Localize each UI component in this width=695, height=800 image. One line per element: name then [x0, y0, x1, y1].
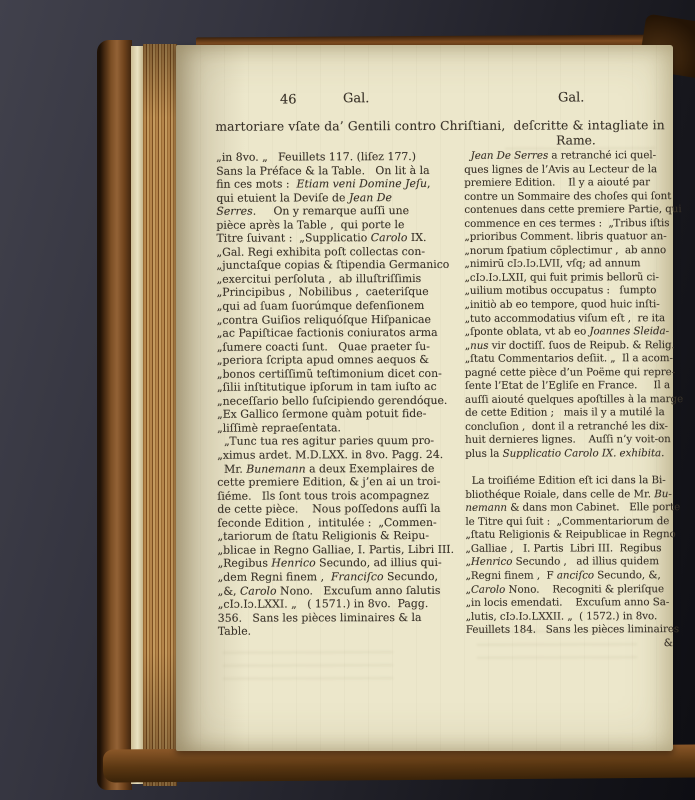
text-line: ques lignes de l’Avis au Lecteur de la: [464, 163, 678, 177]
running-head-right: Gal.: [558, 90, 584, 105]
text-line: pagné cette pièce d’un Poëme qui repre-: [465, 366, 679, 380]
text-line: Titre ſuivant : „Supplicatio Carolo IX.: [216, 231, 463, 245]
text-line: „nimirū cIɔ.Iɔ.LVII, vſq; ad annum: [465, 257, 679, 271]
text-line: „ſponte oblata, vt ab eo Joannes Sleida-: [465, 325, 679, 339]
text-line: pièce après la Table , qui porte le: [216, 218, 463, 232]
text-line: Table.: [218, 624, 465, 638]
text-line: „Galliae , I. Partis Libri III. Regibus: [466, 542, 680, 556]
text-line: concluſion , dont il a retranché les dix…: [465, 420, 679, 434]
text-line: „nus vir doctiſſ. ſuos de Reipub. & Reli…: [465, 339, 679, 353]
text-line: „liſſimè repraeſentata.: [217, 421, 464, 435]
text-line: Jean De Serres a retranché ici quel-: [464, 149, 678, 163]
book-page: 46 Gal. Gal. martoriare vſate da’ Gentil…: [176, 45, 673, 751]
text-line: le Titre qui ſuit : „Commentariorum de: [465, 515, 679, 529]
text-line: „lutis, cIɔ.Iɔ.LXXII. „ ( 1572.) in 8vo.: [466, 610, 680, 624]
text-line: premiere Edition. Il y a aiouté par: [464, 176, 678, 190]
book-spine: [97, 40, 132, 790]
text-line: „ſtatu Commentarios deſiit. „ Il a acom-: [465, 352, 679, 366]
text-line: „blicae in Regno Galliae, I. Partis, Lib…: [218, 543, 465, 557]
text-line: Serres. On y remarque auſſi une: [216, 204, 463, 218]
text-line: Sans la Préface & la Table. On lit à la: [216, 163, 463, 177]
text-line: „initiò ab eo tempore, quod huic inſti-: [465, 298, 679, 312]
text-line: „Regibus Henrico Secundo, ad illius qui-: [218, 556, 465, 570]
text-line: bliothéque Roiale, dans celle de Mr. Bu-: [465, 488, 679, 502]
column-left: „in 8vo. „ Feuillets 117. (liſez 177.)Sa…: [216, 150, 465, 639]
text-line: ſente l’Etat de l’Egliſe en France. Il a: [465, 379, 679, 393]
text-line: „ſilii inſtitutique ipſorum in tam iuſto…: [217, 380, 464, 394]
text-line: de cette Edition ; mais il y a mutilé la: [465, 407, 679, 421]
text-line: „norum ſpatium cōplectimur , ab anno: [464, 244, 678, 258]
book-photo: 46 Gal. Gal. martoriare vſate da’ Gentil…: [0, 0, 695, 800]
text-line: Mr. Bunemann a deux Exemplaires de: [217, 461, 464, 475]
page-number: 46: [280, 92, 297, 107]
text-line: Feuillets 184. Sans les pièces liminaire…: [466, 623, 680, 637]
text-line: auſſi aiouté quelques apoſtilles à la ma…: [465, 393, 679, 407]
text-line: „ſtatu Religionis & Reipublicae in Regno: [465, 528, 679, 542]
text-line: „Ex Gallico ſermone quàm potuit fide-: [217, 407, 464, 421]
text-line: „ſumere coacti ſunt. Quae praeter ſu-: [217, 340, 464, 354]
text-line: „periora ſcripta apud omnes aequos &: [217, 353, 464, 367]
text-line: „cIɔ.Iɔ.LXXI. „ ( 1571.) in 8vo. Pagg.: [218, 597, 465, 611]
text-line: „Tunc tua res agitur paries quum pro-: [217, 434, 464, 448]
text-line: „prioribus Comment. libris quatuor an-: [464, 230, 678, 244]
page-content: 46 Gal. Gal. martoriare vſate da’ Gentil…: [175, 44, 674, 752]
text-line: commence en ces termes : „Tribus iſtis: [464, 217, 678, 231]
text-line: huit dernieres lignes. Auſſi n’y voit-on: [465, 434, 679, 448]
column-right: Jean De Serres a retranché ici quel-ques…: [464, 149, 680, 637]
text-line: „ac Papiſticae factionis coniuratos arma: [217, 326, 464, 340]
text-line: plus la Supplicatio Carolo IX. exhibita.: [465, 447, 679, 461]
book-fore-edge: [143, 44, 177, 786]
text-line: ſeconde Edition , intitulée : „Commen-: [217, 516, 464, 530]
text-line: „Gal. Regi exhibita poſt collectas con-: [216, 245, 463, 259]
text-line: contenues dans cette premiere Partie, qu…: [464, 203, 678, 217]
text-line: „bonos certiſſimũ teſtimonium dicet con-: [217, 367, 464, 381]
text-line: „in 8vo. „ Feuillets 117. (liſez 177.): [216, 150, 463, 164]
headline-line2: Rame.: [556, 133, 596, 147]
text-line: „junctaſque copias & ſtipendia Germanico: [217, 258, 464, 272]
text-line: 356. Sans les pièces liminaires & la: [218, 610, 465, 624]
text-line: „neceſſario bello ſuſcipiendo gerendóque…: [217, 394, 464, 408]
text-line: „Principibus , Nobilibus , caeteriſque: [217, 285, 464, 299]
catchword: &: [466, 637, 673, 650]
headline-line1: martoriare vſate da’ Gentili contro Chri…: [215, 118, 665, 134]
text-line: cette premiere Edition, & j’en ai un tro…: [217, 475, 464, 489]
show-through-text: [223, 643, 393, 680]
text-line: ſiéme. Ils ſont tous trois acompagnez: [217, 489, 464, 503]
text-line: „qui ad ſuam ſuorúmque defenſionem: [217, 299, 464, 313]
running-head-left: Gal.: [343, 91, 369, 106]
text-line: „uilium motibus occupatus : ſumpto: [465, 285, 679, 299]
text-line: qui etuient la Deviſe de Jean De: [216, 191, 463, 205]
text-line: de cette pièce. Nous poſſedons auſſi la: [217, 502, 464, 516]
text-line: fin ces mots : Etiam veni Domine Jeſu,: [216, 177, 463, 191]
text-line: „exercitui perſoluta , ab illuſtriſſimis: [217, 272, 464, 286]
text-line: La troiſiéme Edition eſt ici dans la Bi-: [465, 474, 679, 488]
text-line: „tuto accommodatius viſum eſt , re ita: [465, 312, 679, 326]
text-line: contre un Sommaire des choſes qui ſont: [464, 190, 678, 204]
text-line: „in locis emendati. Excuſum anno Sa-: [466, 596, 680, 610]
text-line: „dem Regni finem , Franciſco Secundo,: [218, 570, 465, 584]
text-line: „&, Carolo Nono. Excuſum anno ſalutis: [218, 583, 465, 597]
text-line: „cIɔ.Iɔ.LXII, qui fuit primis bellorũ ci…: [465, 271, 679, 285]
text-line: „Henrico Secundo , ad illius quidem: [466, 556, 680, 570]
text-line: „Carolo Nono. Recogniti & pleriſque: [466, 583, 680, 597]
text-line: nemann & dans mon Cabinet. Elle porte: [465, 501, 679, 515]
text-line: „tariorum de ſtatu Religionis & Reipu-: [217, 529, 464, 543]
text-line: „Regni finem , F anciſco Secundo, &,: [466, 569, 680, 583]
text-line: „ximus ardet. M.D.LXX. in 8vo. Pagg. 24.: [217, 448, 464, 462]
text-line: „contra Guiſios reliquóſque Hiſpanicae: [217, 312, 464, 326]
text-line: [465, 461, 679, 475]
